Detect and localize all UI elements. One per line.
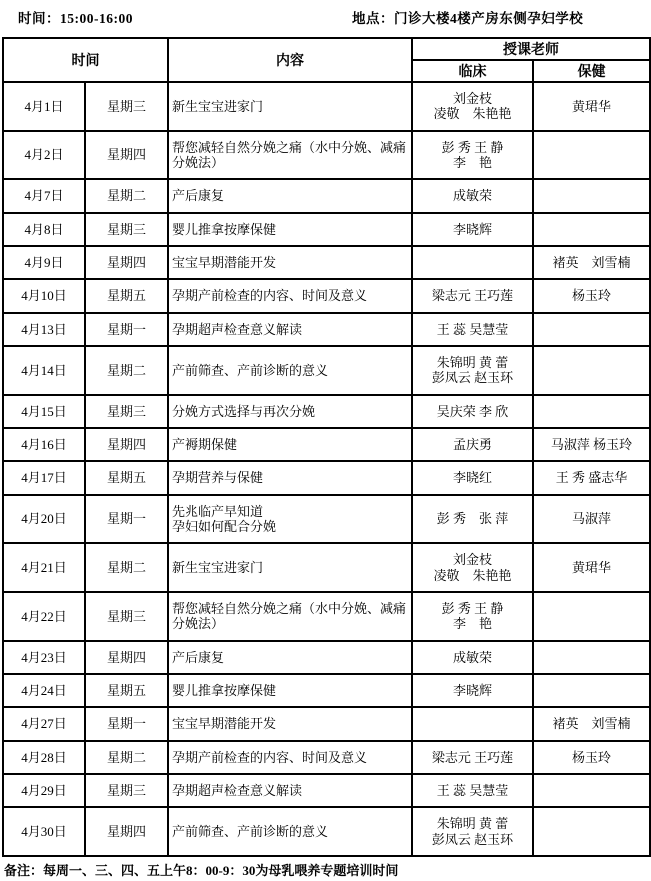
cell-line: 梁志元 王巧莲 — [415, 750, 530, 765]
table-row: 4月10日星期五孕期产前检查的内容、时间及意义梁志元 王巧莲杨玉玲 — [3, 279, 650, 312]
cell-line: 4月10日 — [6, 288, 82, 303]
health-teachers-cell — [533, 592, 650, 641]
cell-line: 帮您减轻自然分娩之痛（水中分娩、减痛分娩法） — [172, 140, 408, 171]
date-cell: 4月15日 — [3, 395, 85, 428]
header-health: 保健 — [533, 60, 650, 82]
cell-line: 王 秀 盛志华 — [536, 470, 647, 485]
date-cell: 4月24日 — [3, 674, 85, 707]
clinical-teachers-cell: 朱锦明 黄 蕾彭凤云 赵玉环 — [412, 346, 533, 395]
content-cell: 新生宝宝进家门 — [168, 82, 412, 131]
cell-line: 4月27日 — [6, 716, 82, 731]
cell-line: 成敏荣 — [415, 650, 530, 665]
health-teachers-cell: 杨玉玲 — [533, 279, 650, 312]
table-row: 4月14日星期二产前筛查、产前诊断的意义朱锦明 黄 蕾彭凤云 赵玉环 — [3, 346, 650, 395]
content-cell: 宝宝早期潜能开发 — [168, 246, 412, 279]
content-cell: 产褥期保健 — [168, 428, 412, 461]
content-cell: 孕期产前检查的内容、时间及意义 — [168, 741, 412, 774]
clinical-teachers-cell: 梁志元 王巧莲 — [412, 741, 533, 774]
clinical-teachers-cell: 吴庆荣 李 欣 — [412, 395, 533, 428]
table-row: 4月24日星期五婴儿推拿按摩保健李晓辉 — [3, 674, 650, 707]
clinical-teachers-cell: 孟庆勇 — [412, 428, 533, 461]
table-row: 4月17日星期五孕期营养与保健李晓红王 秀 盛志华 — [3, 461, 650, 494]
content-cell: 婴儿推拿按摩保健 — [168, 674, 412, 707]
date-cell: 4月13日 — [3, 313, 85, 346]
cell-line: 星期四 — [88, 147, 165, 162]
date-cell: 4月23日 — [3, 641, 85, 674]
weekday-cell: 星期三 — [85, 395, 168, 428]
content-cell: 帮您减轻自然分娩之痛（水中分娩、减痛分娩法） — [168, 131, 412, 180]
table-row: 4月9日星期四宝宝早期潜能开发褚英 刘雪楠 — [3, 246, 650, 279]
cell-line: 朱锦明 黄 蕾 — [415, 355, 530, 370]
clinical-teachers-cell: 刘金枝凌敬 朱艳艳 — [412, 543, 533, 592]
weekday-cell: 星期五 — [85, 674, 168, 707]
content-cell: 孕期超声检查意义解读 — [168, 313, 412, 346]
health-teachers-cell — [533, 313, 650, 346]
cell-line: 星期一 — [88, 322, 165, 337]
cell-line: 产后康复 — [172, 188, 408, 203]
cell-line: 4月23日 — [6, 650, 82, 665]
cell-line: 4月8日 — [6, 222, 82, 237]
clinical-teachers-cell: 李晓辉 — [412, 213, 533, 246]
cell-line: 星期二 — [88, 363, 165, 378]
cell-line: 彭 秀 王 静 — [415, 601, 530, 616]
cell-line: 4月28日 — [6, 750, 82, 765]
cell-line: 4月29日 — [6, 783, 82, 798]
cell-line: 帮您减轻自然分娩之痛（水中分娩、减痛分娩法） — [172, 601, 408, 632]
cell-line: 新生宝宝进家门 — [172, 560, 408, 575]
date-cell: 4月2日 — [3, 131, 85, 180]
health-teachers-cell — [533, 395, 650, 428]
cell-line: 王 蕊 吴慧莹 — [415, 322, 530, 337]
table-row: 4月28日星期二孕期产前检查的内容、时间及意义梁志元 王巧莲杨玉玲 — [3, 741, 650, 774]
clinical-teachers-cell: 成敏荣 — [412, 641, 533, 674]
date-cell: 4月17日 — [3, 461, 85, 494]
content-cell: 新生宝宝进家门 — [168, 543, 412, 592]
weekday-cell: 星期四 — [85, 641, 168, 674]
cell-line: 4月9日 — [6, 255, 82, 270]
cell-line: 4月21日 — [6, 560, 82, 575]
cell-line: 宝宝早期潜能开发 — [172, 716, 408, 731]
content-cell: 孕期营养与保健 — [168, 461, 412, 494]
cell-line: 马淑萍 — [536, 511, 647, 526]
content-cell: 孕期超声检查意义解读 — [168, 774, 412, 807]
schedule-table: 时间 内容 授课老师 临床 保健 4月1日星期三新生宝宝进家门刘金枝凌敬 朱艳艳… — [2, 37, 651, 857]
cell-line: 孕期超声检查意义解读 — [172, 322, 408, 337]
content-cell: 产后康复 — [168, 641, 412, 674]
cell-line: 星期三 — [88, 783, 165, 798]
cell-line: 4月17日 — [6, 470, 82, 485]
content-cell: 先兆临产早知道孕妇如何配合分娩 — [168, 495, 412, 544]
weekday-cell: 星期一 — [85, 707, 168, 740]
header-clinical: 临床 — [412, 60, 533, 82]
cell-line: 吴庆荣 李 欣 — [415, 404, 530, 419]
cell-line: 褚英 刘雪楠 — [536, 255, 647, 270]
health-teachers-cell: 杨玉玲 — [533, 741, 650, 774]
cell-line: 刘金枝 — [415, 552, 530, 567]
cell-line: 产后康复 — [172, 650, 408, 665]
remark-note: 备注：每周一、三、四、五上午8：00-9：30为母乳喂养专题培训时间 — [4, 860, 651, 879]
cell-line: 产前筛查、产前诊断的意义 — [172, 363, 408, 378]
date-cell: 4月9日 — [3, 246, 85, 279]
clinical-teachers-cell: 朱锦明 黄 蕾彭凤云 赵玉环 — [412, 807, 533, 856]
table-row: 4月16日星期四产褥期保健孟庆勇马淑萍 杨玉玲 — [3, 428, 650, 461]
date-cell: 4月8日 — [3, 213, 85, 246]
cell-line: 先兆临产早知道 — [172, 504, 408, 519]
session-time-label: 时间：15:00-16:00 — [18, 7, 133, 27]
clinical-teachers-cell: 彭 秀 王 静李 艳 — [412, 592, 533, 641]
weekday-cell: 星期三 — [85, 774, 168, 807]
cell-line: 宝宝早期潜能开发 — [172, 255, 408, 270]
content-cell: 产后康复 — [168, 179, 412, 212]
cell-line: 星期二 — [88, 188, 165, 203]
cell-line: 凌敬 朱艳艳 — [415, 568, 530, 583]
cell-line: 星期五 — [88, 470, 165, 485]
weekday-cell: 星期五 — [85, 461, 168, 494]
date-cell: 4月1日 — [3, 82, 85, 131]
date-cell: 4月29日 — [3, 774, 85, 807]
cell-line: 4月2日 — [6, 147, 82, 162]
cell-line: 4月14日 — [6, 363, 82, 378]
clinical-teachers-cell — [412, 707, 533, 740]
cell-line: 李 艳 — [415, 616, 530, 631]
header-content: 内容 — [168, 38, 412, 82]
health-teachers-cell — [533, 641, 650, 674]
weekday-cell: 星期一 — [85, 495, 168, 544]
date-cell: 4月21日 — [3, 543, 85, 592]
health-teachers-cell — [533, 674, 650, 707]
cell-line: 星期五 — [88, 288, 165, 303]
table-body: 4月1日星期三新生宝宝进家门刘金枝凌敬 朱艳艳黄珺华4月2日星期四帮您减轻自然分… — [3, 82, 650, 856]
cell-line: 彭 秀 王 静 — [415, 140, 530, 155]
schedule-page: 时间：15:00-16:00 地点：门诊大楼4楼产房东侧孕妇学校 时间 内容 授… — [0, 0, 651, 881]
cell-line: 孕妇如何配合分娩 — [172, 519, 408, 534]
cell-line: 马淑萍 杨玉玲 — [536, 437, 647, 452]
cell-line: 星期三 — [88, 609, 165, 624]
health-teachers-cell — [533, 346, 650, 395]
cell-line: 孕期营养与保健 — [172, 470, 408, 485]
weekday-cell: 星期二 — [85, 543, 168, 592]
date-cell: 4月30日 — [3, 807, 85, 856]
content-cell: 产前筛查、产前诊断的意义 — [168, 807, 412, 856]
health-teachers-cell — [533, 131, 650, 180]
cell-line: 刘金枝 — [415, 91, 530, 106]
date-cell: 4月22日 — [3, 592, 85, 641]
cell-line: 梁志元 王巧莲 — [415, 288, 530, 303]
date-cell: 4月27日 — [3, 707, 85, 740]
cell-line: 星期三 — [88, 222, 165, 237]
cell-line: 4月13日 — [6, 322, 82, 337]
clinical-teachers-cell: 梁志元 王巧莲 — [412, 279, 533, 312]
cell-line: 李晓红 — [415, 470, 530, 485]
clinical-teachers-cell — [412, 246, 533, 279]
cell-line: 分娩方式选择与再次分娩 — [172, 404, 408, 419]
content-cell: 分娩方式选择与再次分娩 — [168, 395, 412, 428]
weekday-cell: 星期三 — [85, 213, 168, 246]
cell-line: 孕期超声检查意义解读 — [172, 783, 408, 798]
cell-line: 产褥期保健 — [172, 437, 408, 452]
content-cell: 孕期产前检查的内容、时间及意义 — [168, 279, 412, 312]
cell-line: 孕期产前检查的内容、时间及意义 — [172, 288, 408, 303]
cell-line: 褚英 刘雪楠 — [536, 716, 647, 731]
cell-line: 4月15日 — [6, 404, 82, 419]
clinical-teachers-cell: 彭 秀 王 静李 艳 — [412, 131, 533, 180]
table-row: 4月21日星期二新生宝宝进家门刘金枝凌敬 朱艳艳黄珺华 — [3, 543, 650, 592]
cell-line: 李晓辉 — [415, 222, 530, 237]
header-teachers: 授课老师 — [412, 38, 650, 60]
weekday-cell: 星期一 — [85, 313, 168, 346]
health-teachers-cell — [533, 179, 650, 212]
weekday-cell: 星期二 — [85, 741, 168, 774]
cell-line: 杨玉玲 — [536, 750, 647, 765]
cell-line: 星期五 — [88, 683, 165, 698]
table-row: 4月15日星期三分娩方式选择与再次分娩吴庆荣 李 欣 — [3, 395, 650, 428]
cell-line: 新生宝宝进家门 — [172, 99, 408, 114]
table-row: 4月27日星期一宝宝早期潜能开发褚英 刘雪楠 — [3, 707, 650, 740]
cell-line: 李 艳 — [415, 155, 530, 170]
cell-line: 4月22日 — [6, 609, 82, 624]
table-row: 4月20日星期一先兆临产早知道孕妇如何配合分娩彭 秀 张 萍马淑萍 — [3, 495, 650, 544]
date-cell: 4月7日 — [3, 179, 85, 212]
cell-line: 星期三 — [88, 404, 165, 419]
cell-line: 杨玉玲 — [536, 288, 647, 303]
cell-line: 4月30日 — [6, 824, 82, 839]
cell-line: 彭凤云 赵玉环 — [415, 832, 530, 847]
cell-line: 王 蕊 吴慧莹 — [415, 783, 530, 798]
table-row: 4月29日星期三孕期超声检查意义解读王 蕊 吴慧莹 — [3, 774, 650, 807]
page-header: 时间：15:00-16:00 地点：门诊大楼4楼产房东侧孕妇学校 — [0, 0, 651, 37]
cell-line: 黄珺华 — [536, 560, 647, 575]
cell-line: 星期一 — [88, 716, 165, 731]
table-row: 4月22日星期三帮您减轻自然分娩之痛（水中分娩、减痛分娩法）彭 秀 王 静李 艳 — [3, 592, 650, 641]
cell-line: 彭凤云 赵玉环 — [415, 370, 530, 385]
weekday-cell: 星期四 — [85, 246, 168, 279]
table-row: 4月7日星期二产后康复成敏荣 — [3, 179, 650, 212]
clinical-teachers-cell: 彭 秀 张 萍 — [412, 495, 533, 544]
cell-line: 彭 秀 张 萍 — [415, 511, 530, 526]
header-time: 时间 — [3, 38, 168, 82]
cell-line: 星期二 — [88, 750, 165, 765]
health-teachers-cell — [533, 807, 650, 856]
health-teachers-cell: 褚英 刘雪楠 — [533, 246, 650, 279]
cell-line: 4月1日 — [6, 99, 82, 114]
table-row: 4月2日星期四帮您减轻自然分娩之痛（水中分娩、减痛分娩法）彭 秀 王 静李 艳 — [3, 131, 650, 180]
weekday-cell: 星期四 — [85, 807, 168, 856]
health-teachers-cell: 黄珺华 — [533, 82, 650, 131]
cell-line: 产前筛查、产前诊断的意义 — [172, 824, 408, 839]
cell-line: 星期四 — [88, 255, 165, 270]
health-teachers-cell — [533, 774, 650, 807]
cell-line: 黄珺华 — [536, 99, 647, 114]
cell-line: 4月20日 — [6, 511, 82, 526]
health-teachers-cell: 王 秀 盛志华 — [533, 461, 650, 494]
cell-line: 4月7日 — [6, 188, 82, 203]
health-teachers-cell: 褚英 刘雪楠 — [533, 707, 650, 740]
weekday-cell: 星期五 — [85, 279, 168, 312]
health-teachers-cell — [533, 213, 650, 246]
clinical-teachers-cell: 王 蕊 吴慧莹 — [412, 774, 533, 807]
cell-line: 凌敬 朱艳艳 — [415, 106, 530, 121]
content-cell: 产前筛查、产前诊断的意义 — [168, 346, 412, 395]
table-row: 4月8日星期三婴儿推拿按摩保健李晓辉 — [3, 213, 650, 246]
weekday-cell: 星期四 — [85, 131, 168, 180]
weekday-cell: 星期二 — [85, 346, 168, 395]
cell-line: 星期二 — [88, 560, 165, 575]
cell-line: 朱锦明 黄 蕾 — [415, 816, 530, 831]
date-cell: 4月28日 — [3, 741, 85, 774]
cell-line: 星期四 — [88, 650, 165, 665]
cell-line: 孟庆勇 — [415, 437, 530, 452]
date-cell: 4月16日 — [3, 428, 85, 461]
content-cell: 帮您减轻自然分娩之痛（水中分娩、减痛分娩法） — [168, 592, 412, 641]
cell-line: 婴儿推拿按摩保健 — [172, 683, 408, 698]
date-cell: 4月14日 — [3, 346, 85, 395]
date-cell: 4月10日 — [3, 279, 85, 312]
table-row: 4月13日星期一孕期超声检查意义解读王 蕊 吴慧莹 — [3, 313, 650, 346]
weekday-cell: 星期二 — [85, 179, 168, 212]
cell-line: 4月24日 — [6, 683, 82, 698]
clinical-teachers-cell: 李晓辉 — [412, 674, 533, 707]
table-row: 4月30日星期四产前筛查、产前诊断的意义朱锦明 黄 蕾彭凤云 赵玉环 — [3, 807, 650, 856]
date-cell: 4月20日 — [3, 495, 85, 544]
clinical-teachers-cell: 李晓红 — [412, 461, 533, 494]
cell-line: 星期四 — [88, 824, 165, 839]
cell-line: 孕期产前检查的内容、时间及意义 — [172, 750, 408, 765]
table-header: 时间 内容 授课老师 临床 保健 — [3, 38, 650, 82]
clinical-teachers-cell: 成敏荣 — [412, 179, 533, 212]
table-row: 4月1日星期三新生宝宝进家门刘金枝凌敬 朱艳艳黄珺华 — [3, 82, 650, 131]
weekday-cell: 星期四 — [85, 428, 168, 461]
table-row: 4月23日星期四产后康复成敏荣 — [3, 641, 650, 674]
session-location-label: 地点：门诊大楼4楼产房东侧孕妇学校 — [352, 7, 583, 27]
clinical-teachers-cell: 刘金枝凌敬 朱艳艳 — [412, 82, 533, 131]
health-teachers-cell: 马淑萍 杨玉玲 — [533, 428, 650, 461]
health-teachers-cell: 马淑萍 — [533, 495, 650, 544]
weekday-cell: 星期三 — [85, 592, 168, 641]
health-teachers-cell: 黄珺华 — [533, 543, 650, 592]
cell-line: 星期四 — [88, 437, 165, 452]
cell-line: 婴儿推拿按摩保健 — [172, 222, 408, 237]
cell-line: 星期一 — [88, 511, 165, 526]
content-cell: 婴儿推拿按摩保健 — [168, 213, 412, 246]
cell-line: 李晓辉 — [415, 683, 530, 698]
cell-line: 4月16日 — [6, 437, 82, 452]
clinical-teachers-cell: 王 蕊 吴慧莹 — [412, 313, 533, 346]
cell-line: 星期三 — [88, 99, 165, 114]
weekday-cell: 星期三 — [85, 82, 168, 131]
cell-line: 成敏荣 — [415, 188, 530, 203]
content-cell: 宝宝早期潜能开发 — [168, 707, 412, 740]
